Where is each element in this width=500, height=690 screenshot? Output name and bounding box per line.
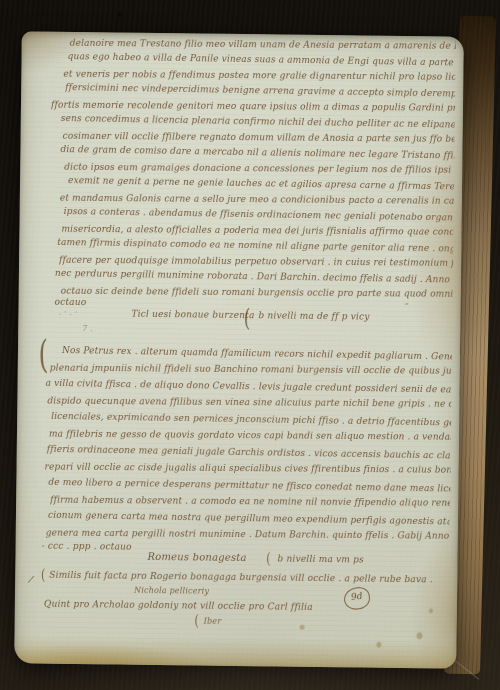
manuscript-text-line: ffirma habemus a observent . a comodo ea… [50, 495, 450, 511]
scribe-signature: Romeus bonagesta [147, 552, 246, 564]
manuscript-text-line: ffersicimini nec vindepercidimus benigne… [65, 82, 455, 101]
similis-note: Similis fuit facta pro Rogerio bonagaga … [49, 571, 433, 586]
iber-mark: Iber [204, 617, 222, 626]
note-bracket: ( [41, 568, 46, 582]
notary-line-right: b nivelli ma de ff p vicy [258, 311, 369, 322]
marginal-seven-mark: 7 . [82, 324, 93, 333]
nichola-note: Nichola pelliceriy [134, 586, 209, 596]
paragraph-end-word: octauo [55, 298, 87, 308]
notary-line-left: Ticl uesi bonaue burzenta [131, 310, 254, 322]
manuscript-text-line: genera mea carta pergilli nostri munimin… [46, 528, 450, 544]
marginal-dots: . · . · [58, 308, 77, 317]
manuscript-text-line: ma ffilebris ne gesso de quovis gordato … [49, 429, 451, 445]
quote-mark: ” [404, 302, 408, 311]
manuscript-text-line: octauo sic deinde bene ffideli suo roman… [61, 286, 453, 302]
signature-bracket: ( [266, 551, 271, 565]
manuscript-text-line: ffieris ordinaceone mea geniali jugale G… [47, 444, 451, 464]
manuscript-text-line: sens concedimus a licencia plenaria conf… [61, 113, 455, 133]
manuscript-text-line: a villa civita ffisca . de aliquo dono C… [45, 378, 451, 398]
manuscript-text-line: exemit ne genit a perne ne genie lauches… [68, 175, 454, 194]
foxing-spot [429, 608, 433, 613]
manuscript-text-line: de meo libero a pernice desperans permit… [48, 477, 450, 497]
manuscript-text-line: repari vill occlie ac cisde jugalis aliq… [44, 462, 450, 478]
manuscript-text-line: cionum genera carta mea nostra que pergi… [48, 510, 450, 530]
notary-signature: b nivelli ma vm ps [277, 554, 364, 565]
foxing-spot [416, 632, 422, 639]
foxing-spot [300, 625, 305, 630]
seal-mark: 9d [343, 586, 372, 611]
manuscript-text-line: ipsos a conteras . abendamus de ffisenis… [64, 206, 454, 225]
backdrop-speck [118, 12, 122, 17]
manuscript-text-line: dispido quecunque avena ffilibus sen vin… [47, 396, 451, 412]
paragraph-opening-bracket: ( [38, 337, 48, 372]
manuscript-text-line: tamen ffirmis dispinato comodo ea ne nom… [57, 237, 453, 257]
quint-note: Quint pro Archolao goldoniy not vill occ… [44, 600, 313, 613]
manuscript-text-line: licenciales, exprimicando sen pernices j… [51, 411, 451, 431]
manuscript-text-line: quas ego habeo a villa de Panile vineas … [67, 51, 455, 70]
photo-backdrop: delanoire mea Trestano filio meo villam … [0, 0, 500, 690]
foxing-spot [376, 642, 381, 648]
manuscript-text-line: dia de gram de comiso dare a mercabo nil… [60, 144, 454, 164]
text-layer: delanoire mea Trestano filio meo villam … [14, 31, 464, 668]
iber-bracket: ( [194, 613, 199, 627]
manuscript-text-line: Nos Petrus rex . alterum quamda ffamilic… [62, 345, 452, 364]
margin-slash-mark: / [28, 575, 34, 585]
paragraph-end-line: - ccc . ppp . octauo [42, 542, 132, 553]
manuscript-page: delanoire mea Trestano filio meo villam … [14, 31, 464, 668]
manuscript-text-line: plenaria jmpuniis nichil ffideli suo Ban… [50, 363, 452, 379]
manuscript-text-line: nec perdurus pergilli munimine roborata … [55, 268, 453, 288]
notary-line-bracket: ( [244, 306, 251, 330]
